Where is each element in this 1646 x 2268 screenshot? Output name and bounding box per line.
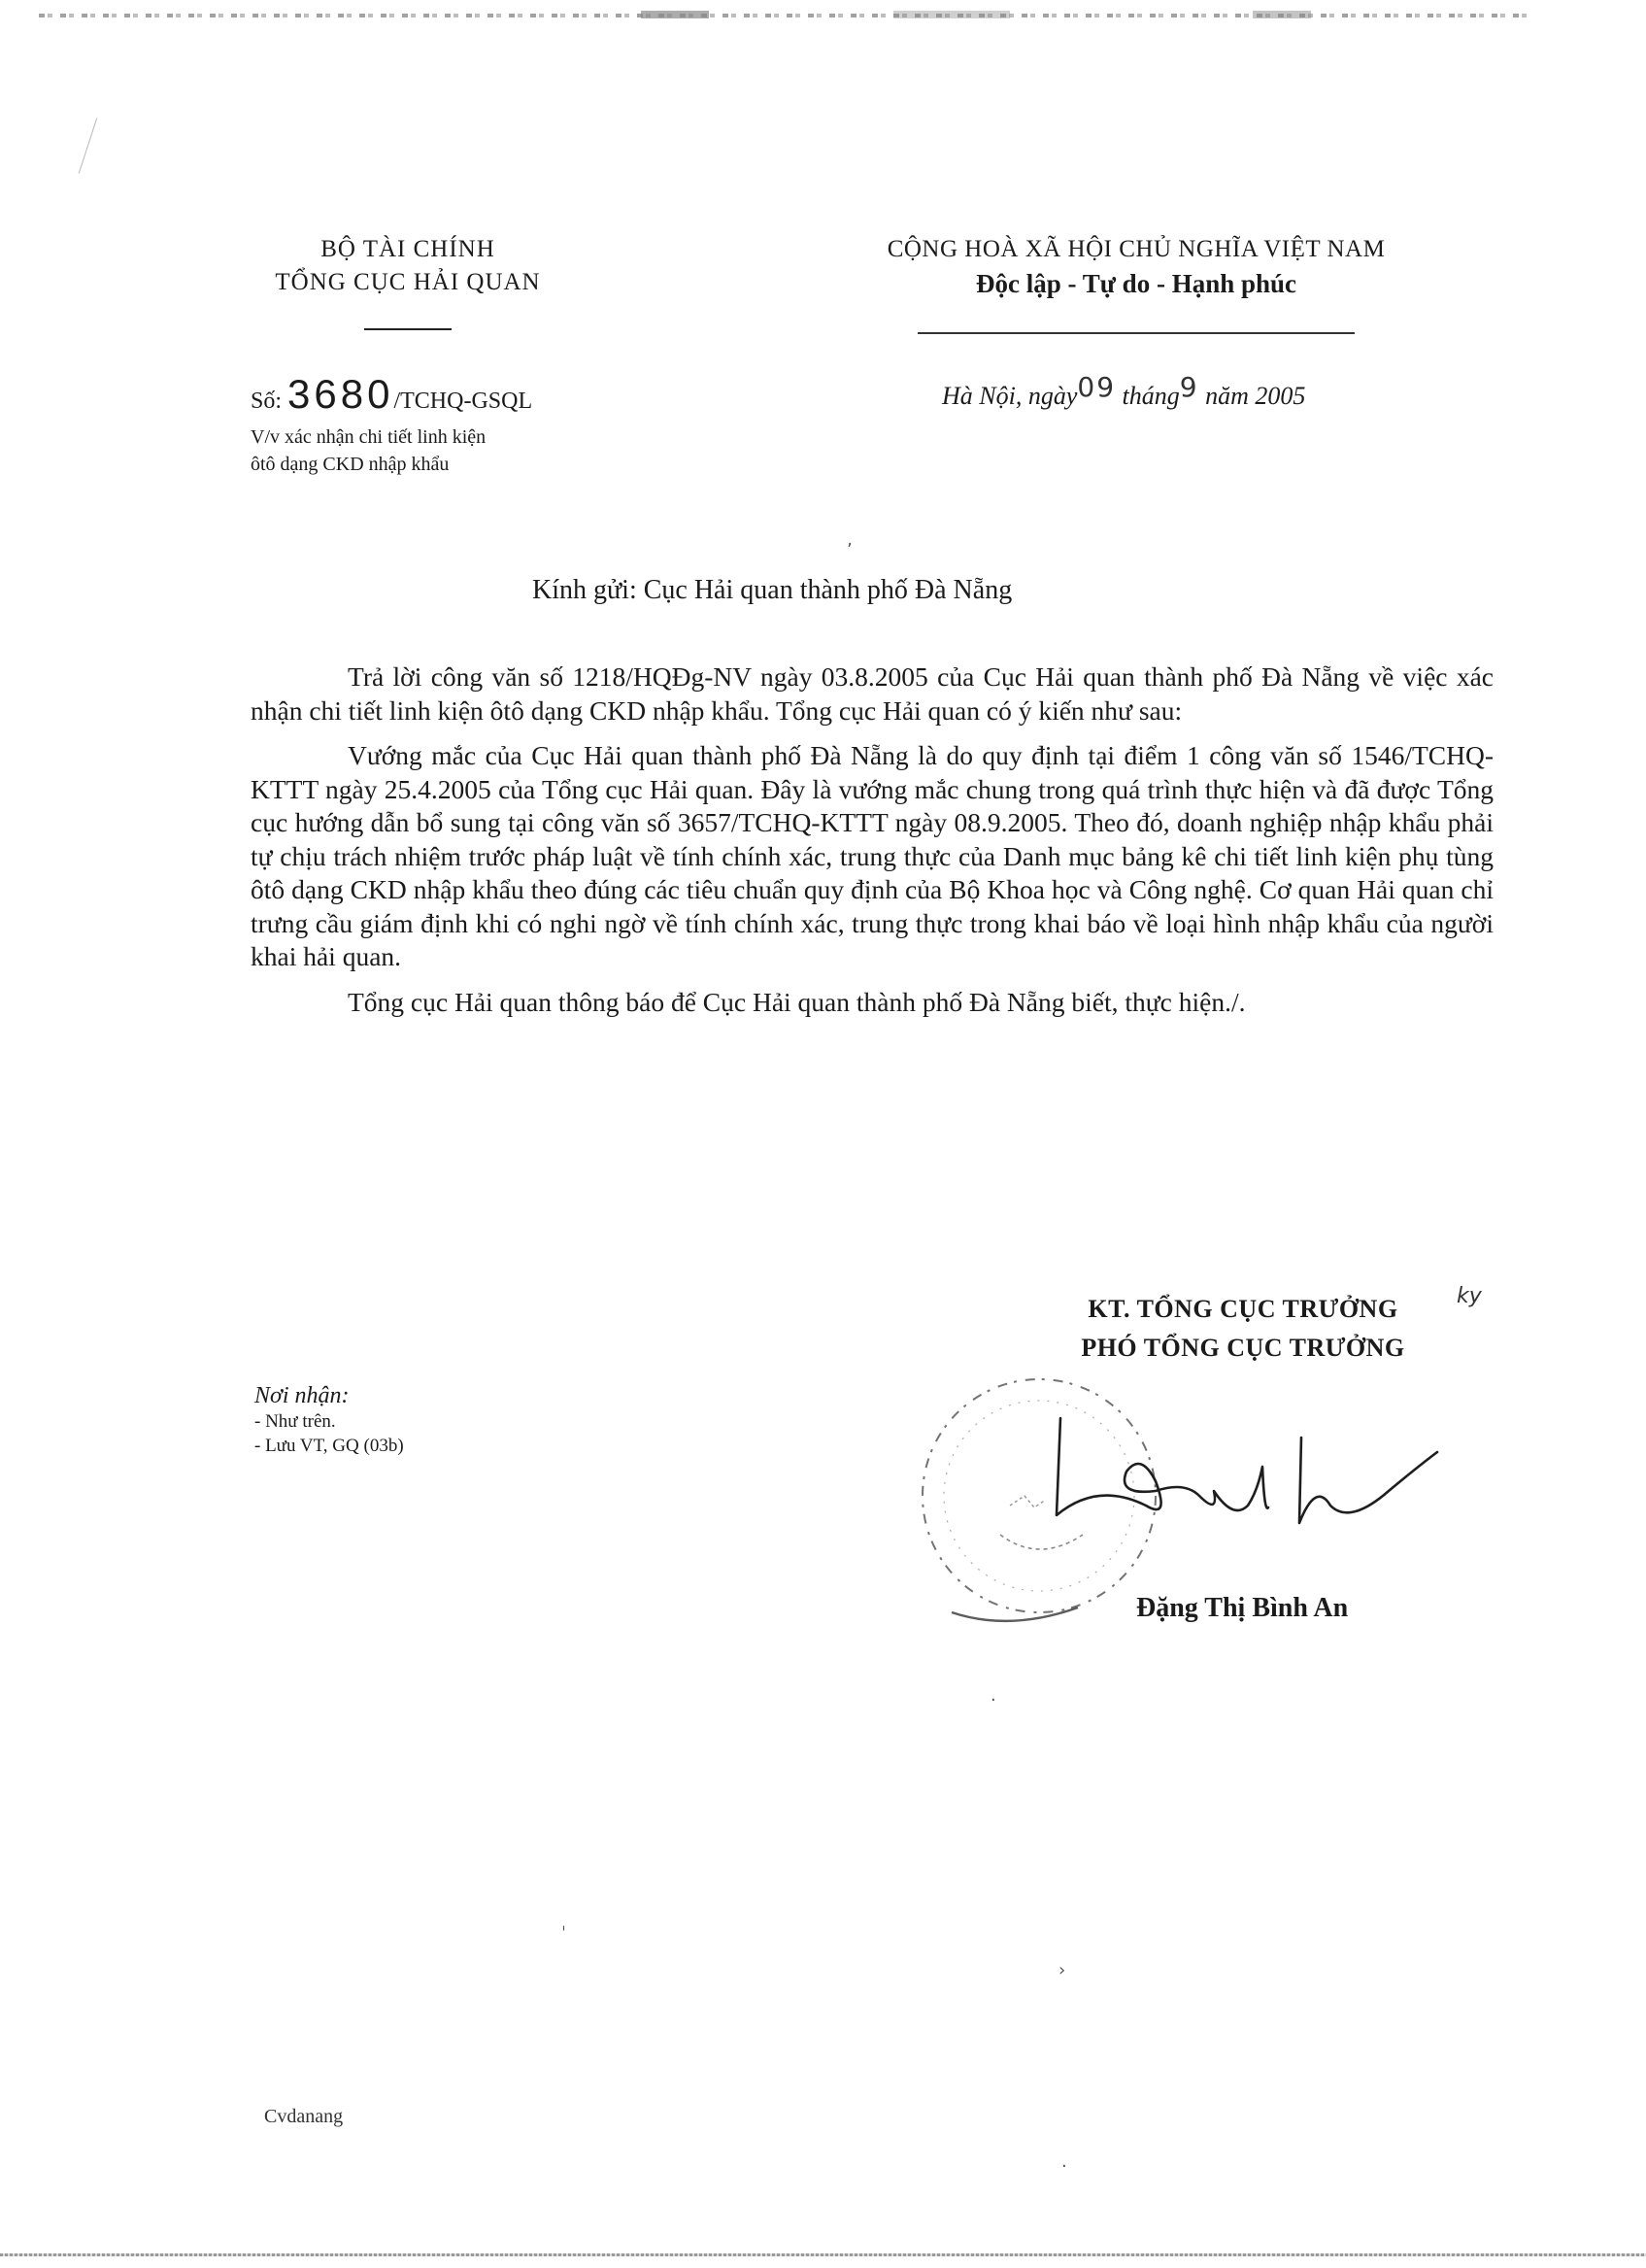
document-number-prefix: Số:	[251, 389, 282, 414]
body-paragraph: Trả lời công văn số 1218/HQĐg-NV ngày 03…	[251, 660, 1494, 728]
document-number: Số: 3680/TCHQ-GSQL	[251, 371, 532, 418]
body-paragraph: Tổng cục Hải quan thông báo để Cục Hải q…	[251, 986, 1494, 1020]
date-year: năm 2005	[1205, 382, 1305, 410]
header-divider	[364, 328, 452, 330]
recipient-item: - Lưu VT, GQ (03b)	[254, 1434, 404, 1458]
scan-speck: ›	[1058, 1960, 1065, 1980]
handwritten-signature	[1039, 1399, 1447, 1544]
signatory-title-2: PHÓ TỔNG CỤC TRƯỞNG	[1000, 1329, 1486, 1368]
nation-header: CỘNG HOÀ XÃ HỘI CHỦ NGHĨA VIỆT NAM Độc l…	[796, 233, 1476, 334]
agency-name: TỔNG CỤC HẢI QUAN	[194, 266, 621, 299]
recipient-item: - Như trên.	[254, 1409, 404, 1434]
file-reference-code: Cvdanang	[264, 2106, 343, 2128]
motto-divider	[918, 332, 1355, 334]
letter-body: Trả lời công văn số 1218/HQĐg-NV ngày 03…	[251, 660, 1494, 1031]
date-month-label: tháng	[1123, 382, 1180, 410]
date-month: 9	[1180, 371, 1199, 403]
date-line: Hà Nội, ngày09 tháng9 năm 2005	[942, 379, 1305, 411]
scan-speck: ʼ	[847, 540, 853, 560]
scan-edge-bottom	[0, 2253, 1646, 2256]
recipients-label: Nơi nhận:	[254, 1383, 404, 1409]
scan-speck	[79, 118, 97, 173]
scan-edge-top	[39, 14, 1534, 17]
date-place: Hà Nội, ngày	[942, 382, 1077, 410]
document-number-suffix: /TCHQ-GSQL	[393, 389, 532, 414]
national-motto: Độc lập - Tự do - Hạnh phúc	[796, 266, 1476, 301]
scan-speck: ˈ	[561, 1923, 566, 1944]
subject-line: V/v xác nhận chi tiết linh kiện ôtô dạng…	[251, 423, 658, 478]
handwritten-initials: ky	[1457, 1284, 1482, 1308]
subject-line-1: V/v xác nhận chi tiết linh kiện	[251, 423, 658, 451]
scan-speck: ·	[1061, 2156, 1067, 2177]
ministry-name: BỘ TÀI CHÍNH	[194, 233, 621, 266]
issuer-header: BỘ TÀI CHÍNH TỔNG CỤC HẢI QUAN	[194, 233, 621, 330]
nation-name: CỘNG HOÀ XÃ HỘI CHỦ NGHĨA VIỆT NAM	[796, 233, 1476, 266]
body-paragraph: Vướng mắc của Cục Hải quan thành phố Đà …	[251, 739, 1494, 974]
subject-line-2: ôtô dạng CKD nhập khẩu	[251, 451, 658, 478]
document-number-value: 3680	[287, 371, 393, 417]
signatory-name: Đặng Thị Bình An	[1136, 1593, 1348, 1624]
signatory-title-1: KT. TỔNG CỤC TRƯỞNG	[1000, 1290, 1486, 1329]
recipients-list: Nơi nhận: - Như trên. - Lưu VT, GQ (03b)	[254, 1383, 404, 1458]
recipient-line: Kính gửi: Cục Hải quan thành phố Đà Nẵng	[532, 575, 1012, 606]
scan-speck: ·	[991, 1690, 996, 1710]
signatory-titles: KT. TỔNG CỤC TRƯỞNG PHÓ TỔNG CỤC TRƯỞNG	[1000, 1290, 1486, 1368]
date-day: 09	[1077, 371, 1116, 403]
